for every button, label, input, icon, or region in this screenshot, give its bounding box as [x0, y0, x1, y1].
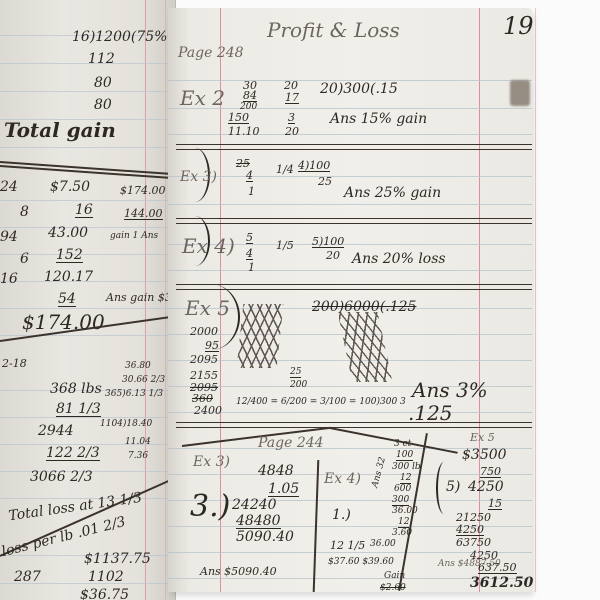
- handwritten-number: 122 2/3: [46, 446, 100, 461]
- page-number: 19: [503, 14, 534, 38]
- handwritten-total: $174.00: [22, 312, 105, 332]
- handwritten-number: 30.66 2/3: [122, 376, 165, 385]
- handwritten-number: 120.17: [44, 270, 93, 284]
- mixed-number: 12 1/5: [330, 540, 365, 551]
- handwritten-number: 144.00: [124, 208, 163, 220]
- handwritten-number: $36.75: [80, 588, 129, 600]
- handwritten-number: 368 lbs: [50, 382, 102, 396]
- handwritten-number: 16: [0, 272, 18, 286]
- handwritten-number: 25: [290, 368, 301, 378]
- handwritten-number: 287: [14, 570, 41, 584]
- section-divider: [176, 144, 532, 150]
- example-label: Ex 4): [182, 236, 235, 256]
- handwritten-number: 95: [205, 340, 219, 352]
- answer-text: Ans 20% loss: [352, 252, 446, 266]
- answer-text: Ans 15% gain: [330, 112, 427, 126]
- handwritten-number: 80: [94, 76, 112, 90]
- handwritten-number: 300: [392, 496, 409, 506]
- handwritten-number: 11.10: [228, 126, 260, 137]
- handwritten-number: 21250: [456, 512, 491, 523]
- handwritten-number: 24240: [232, 498, 277, 512]
- handwritten-number: 152: [56, 248, 83, 263]
- handwritten-number: 112: [88, 52, 115, 66]
- division-line: 4)100: [298, 160, 330, 172]
- handwritten-number: 20: [326, 250, 340, 261]
- handwritten-number: 12: [400, 474, 411, 484]
- handwritten-number: 600: [394, 485, 411, 494]
- example-label: Ex 3): [180, 170, 217, 184]
- handwritten-number: 20: [285, 126, 299, 137]
- division-line: 20)300(.15: [320, 82, 398, 96]
- handwritten-number: 1: [248, 186, 255, 197]
- handwritten-number: 16: [75, 203, 93, 218]
- handwritten-number: 2000: [190, 326, 218, 337]
- answer-text: Ans $5090.40: [200, 566, 277, 577]
- handwritten-number: 8: [20, 205, 29, 219]
- answer-text: Ans $4887.50: [438, 560, 501, 569]
- handwritten-number: 4250: [468, 480, 504, 494]
- handwritten-number: $2.60: [380, 584, 406, 593]
- handwritten-number: 43.00: [48, 226, 88, 240]
- handwritten-number: $1137.75: [84, 552, 151, 566]
- handwritten-number: 750: [480, 466, 501, 478]
- struck-division: 200)6000(.125: [312, 300, 416, 314]
- handwritten-number: 200: [290, 381, 307, 390]
- handwritten-number: 25: [318, 176, 332, 187]
- page-title: Profit & Loss: [267, 20, 400, 40]
- handwritten-number: 25: [236, 158, 250, 169]
- example-label: Ex 5: [470, 432, 495, 443]
- handwritten-number: 48480: [236, 514, 281, 529]
- handwritten-number: 360: [192, 393, 213, 404]
- section-divider: [176, 218, 532, 224]
- handwritten-number: 12: [398, 518, 409, 528]
- scribbled-out-work: [237, 304, 284, 368]
- handwritten-number: $7.50: [50, 180, 90, 194]
- handwritten-number: 54: [58, 292, 76, 307]
- handwritten-note: gain 1 Ans: [110, 232, 158, 241]
- handwritten-number: 15: [488, 498, 502, 510]
- example-label: Ex 5: [185, 298, 230, 318]
- handwritten-number: 63750: [456, 537, 491, 548]
- section-divider: [176, 284, 532, 290]
- handwritten-number: 3 ct: [394, 440, 411, 449]
- handwritten-number: 5090.40: [236, 530, 294, 544]
- problem-number: 3.): [190, 492, 230, 522]
- handwritten-number: 4250: [456, 524, 484, 536]
- handwritten-number: 20: [284, 80, 298, 91]
- handwritten-number: 36.80: [125, 362, 151, 371]
- handwritten-number: 2400: [194, 405, 222, 416]
- handwritten-number: 11.04: [125, 438, 151, 447]
- handwritten-number: 4848: [258, 464, 294, 478]
- margin-line: [535, 8, 536, 592]
- date-line: 2-18: [2, 358, 27, 369]
- handwritten-number: 2944: [38, 424, 74, 438]
- page-reference: Page 248: [178, 46, 244, 60]
- division-line: 5)100: [312, 236, 344, 248]
- ink-stain: [510, 80, 530, 106]
- gain-label: Gain: [384, 572, 405, 581]
- handwritten-number: $3500: [462, 448, 507, 462]
- handwritten-number: 100: [396, 451, 413, 461]
- total-gain-label: Total gain: [4, 120, 116, 140]
- handwritten-number: 3: [288, 112, 295, 124]
- handwritten-number: 6: [20, 252, 29, 266]
- answer-text: Ans 25% gain: [344, 186, 441, 200]
- handwritten-number: 4: [246, 248, 253, 260]
- handwritten-number: 150: [228, 112, 249, 124]
- section-divider: [176, 422, 532, 428]
- handwritten-number: 1: [248, 262, 255, 273]
- handwritten-number: 84: [243, 90, 257, 102]
- handwritten-number: 1.05: [268, 482, 299, 497]
- fraction-reduction: 12/400 = 6/200 = 3/100 = 100)300 3: [236, 398, 406, 407]
- handwritten-number: $37.60 $39.60: [328, 558, 394, 567]
- handwritten-number: 1104)18.40: [100, 420, 152, 429]
- final-total: 3612.50: [470, 576, 533, 590]
- handwritten-number: 300 lb: [392, 463, 421, 472]
- section-reference: Page 244: [258, 436, 324, 450]
- handwritten-number: 94: [0, 230, 18, 244]
- handwritten-number: 36.00: [370, 540, 396, 549]
- handwritten-number: 24: [0, 180, 18, 194]
- problem-number: 5): [446, 480, 460, 494]
- example-label: Ex 4): [324, 472, 361, 486]
- handwritten-number: 5: [246, 232, 253, 244]
- handwritten-number: 1102: [88, 570, 124, 584]
- handwritten-number: 1/5: [276, 240, 294, 251]
- problem-number: 1.): [332, 508, 351, 522]
- handwritten-number: 2095: [190, 354, 218, 365]
- example-label: Ex 3): [193, 455, 230, 469]
- answer-text: Ans 3%: [412, 380, 488, 400]
- handwritten-number: 365)6.13 1/3: [105, 390, 163, 399]
- handwritten-number: 17: [285, 92, 299, 104]
- handwritten-number: .125: [408, 403, 453, 423]
- handwritten-number: 4: [246, 170, 253, 182]
- handwritten-number: 81 1/3: [56, 402, 101, 417]
- handwritten-number: $174.00: [120, 185, 166, 196]
- margin-line: [479, 8, 480, 592]
- handwritten-number: 3066 2/3: [30, 470, 93, 484]
- handwritten-number: 80: [94, 98, 112, 112]
- handwritten-number: 7.36: [128, 452, 148, 461]
- handwritten-number: 2155: [190, 370, 218, 381]
- handwritten-number: 36.00: [392, 507, 418, 516]
- example-label: Ex 2: [180, 88, 225, 108]
- handwritten-number: 3.60: [392, 529, 412, 538]
- handwritten-number: 1/4: [276, 164, 294, 175]
- notebook-photo: 16)1200(75% gain 112 80 80 Total gain 24…: [0, 0, 600, 600]
